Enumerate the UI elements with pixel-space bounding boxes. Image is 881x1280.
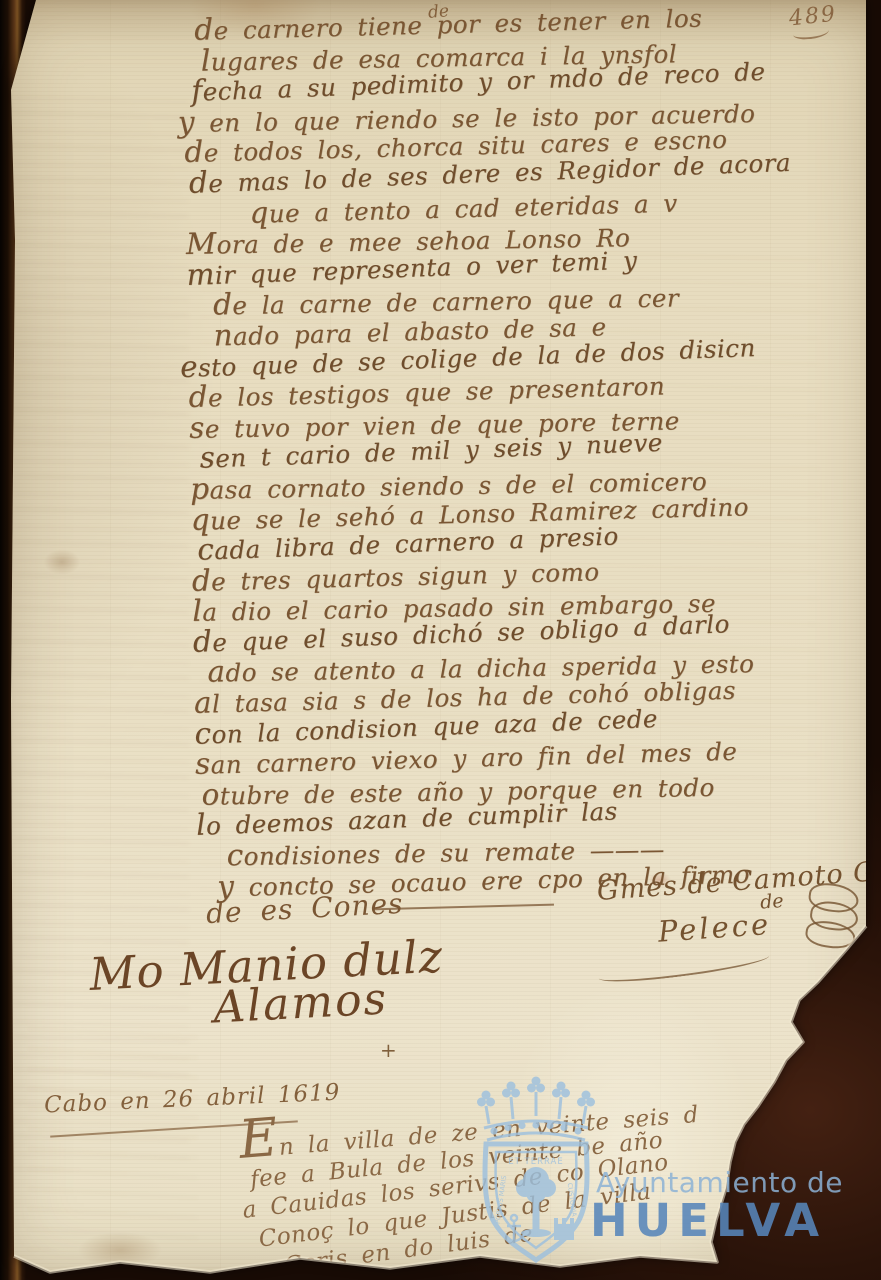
huelva-coat-of-arms-watermark: ET TERRAE PORTUS MARIS CUSTODIA xyxy=(466,1076,606,1266)
paper-sheet-wrap: 489 de de carnero tiene por es tener en … xyxy=(0,0,881,1280)
signature-cross-mark: + xyxy=(380,1038,397,1062)
motto-top: ET TERRAE xyxy=(508,1157,563,1167)
anchor-emblem xyxy=(504,1215,524,1243)
manuscript-body: de carnero tiene por es tener en losluga… xyxy=(182,4,873,903)
watermark-huelva-text: HUELVA xyxy=(590,1194,826,1247)
manuscript-scan-page: 489 de de carnero tiene por es tener en … xyxy=(0,0,881,1280)
paper-sheet: 489 de de carnero tiene por es tener en … xyxy=(0,0,881,1280)
signature-rubric-swirl xyxy=(802,881,865,954)
tree-emblem xyxy=(516,1167,556,1237)
crown-band-bottom xyxy=(487,1133,585,1140)
signature-left: Mo Manio dulz Alamos xyxy=(88,929,446,1039)
castle-emblem xyxy=(554,1218,574,1240)
